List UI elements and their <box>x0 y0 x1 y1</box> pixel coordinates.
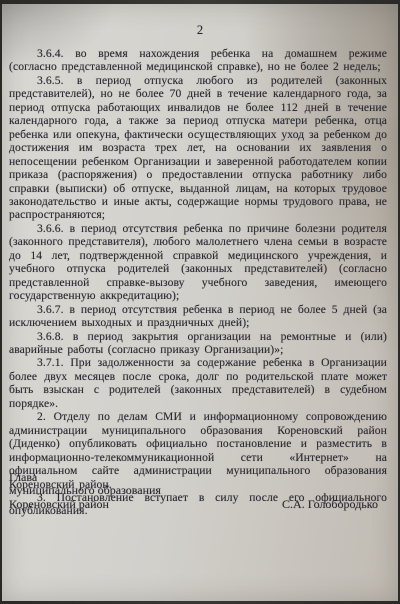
paragraph-3-6-4: 3.6.4. во время нахождения ребенка на до… <box>9 47 387 74</box>
signature-block: Глава муниципального образования Коренов… <box>9 471 378 512</box>
document-page: 2 3.6.4. во время нахождения ребенка на … <box>2 4 398 601</box>
paragraph-3-6-8: 3.6.8. в период закрытия организации на … <box>9 330 387 357</box>
signatory-title-line-2: муниципального образования <box>9 484 161 498</box>
page-number: 2 <box>2 23 398 37</box>
document-photo: 2 3.6.4. во время нахождения ребенка на … <box>0 0 400 604</box>
signatory-title-line-1: Глава <box>9 471 161 485</box>
paragraph-3-7-1: 3.7.1. При задолженности за содержание р… <box>9 356 387 410</box>
paragraph-3-6-5: 3.6.5. в период отпуска любого из родите… <box>9 74 387 222</box>
paragraph-3-6-6: 3.6.6. в период отсутствия ребенка по пр… <box>9 222 387 303</box>
signatory-name: С.А. Голобородько <box>282 498 378 512</box>
signatory-title-line-3: Кореновский район <box>9 498 161 512</box>
signatory-title: Глава муниципального образования Коренов… <box>9 471 161 512</box>
paragraph-3-6-7: 3.6.7. в период отсутствия ребенка в пер… <box>9 303 387 330</box>
document-body: 3.6.4. во время нахождения ребенка на до… <box>2 47 398 518</box>
